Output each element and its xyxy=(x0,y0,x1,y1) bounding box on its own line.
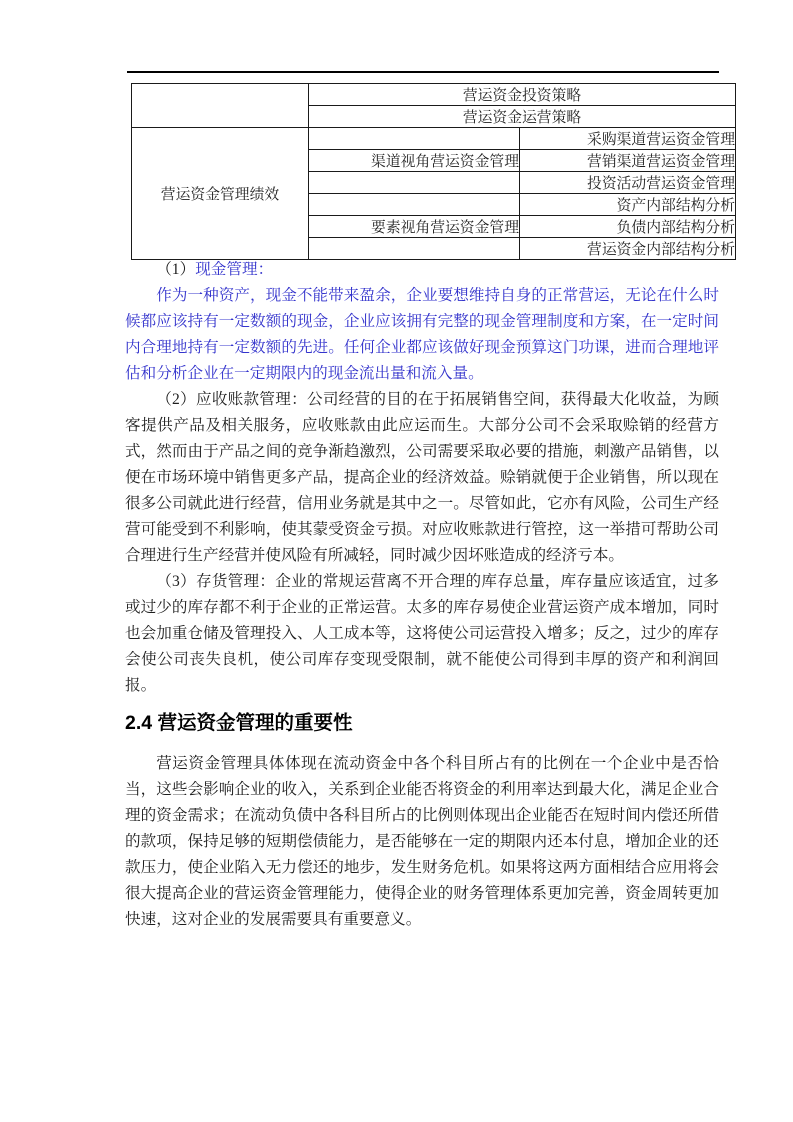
cell-asset-structure: 资产内部结构分析 xyxy=(520,194,736,216)
cell-channel-perspective: 渠道视角营运资金管理 xyxy=(309,150,520,172)
table-row: 营运资金管理绩效 采购渠道营运资金管理 xyxy=(132,128,736,150)
working-capital-table: 营运资金投资策略 营运资金运营策略 营运资金管理绩效 采购渠道营运资金管理 渠道… xyxy=(131,83,736,260)
cell-purchase-channel: 采购渠道营运资金管理 xyxy=(520,128,736,150)
cash-item-heading: （1）现金管理： xyxy=(125,257,719,283)
cell-investment-strategy: 营运资金投资策略 xyxy=(309,84,736,106)
importance-paragraph: 营运资金管理具体体现在流动资金中各个科目所占有的比例在一个企业中是否恰当，这些会… xyxy=(125,751,719,933)
cash-paragraph: 作为一种资产，现金不能带来盈余，企业要想维持自身的正常营运，无论在什么时候都应该… xyxy=(125,283,719,387)
cell-mid-row-1 xyxy=(309,128,520,150)
cell-factor-perspective: 要素视角营运资金管理 xyxy=(309,216,520,238)
document-body: （1）现金管理： 作为一种资产，现金不能带来盈余，企业要想维持自身的正常营运，无… xyxy=(125,257,719,933)
table-row: 营运资金投资策略 xyxy=(132,84,736,106)
cash-item-number: （1） xyxy=(156,261,195,278)
cell-mid-row-4 xyxy=(309,194,520,216)
cell-empty-top-left xyxy=(132,84,309,128)
document-page: 营运资金投资策略 营运资金运营策略 营运资金管理绩效 采购渠道营运资金管理 渠道… xyxy=(0,0,793,1122)
receivables-paragraph: （2）应收账款管理：公司经营的目的在于拓展销售空间，获得最大化收益，为顾客提供产… xyxy=(125,387,719,569)
cell-performance-label: 营运资金管理绩效 xyxy=(132,128,309,260)
inventory-paragraph: （3）存货管理：企业的常规运营离不开合理的库存总量，库存量应该适宜，过多或过少的… xyxy=(125,569,719,699)
cell-mid-row-3 xyxy=(309,172,520,194)
cell-marketing-channel: 营销渠道营运资金管理 xyxy=(520,150,736,172)
cell-liability-structure: 负债内部结构分析 xyxy=(520,216,736,238)
cash-item-label: 现金管理： xyxy=(195,261,273,278)
cell-operation-strategy: 营运资金运营策略 xyxy=(309,106,736,128)
header-rule xyxy=(127,71,719,73)
cell-investment-activity: 投资活动营运资金管理 xyxy=(520,172,736,194)
section-heading-2-4: 2.4 营运资金管理的重要性 xyxy=(125,708,719,738)
